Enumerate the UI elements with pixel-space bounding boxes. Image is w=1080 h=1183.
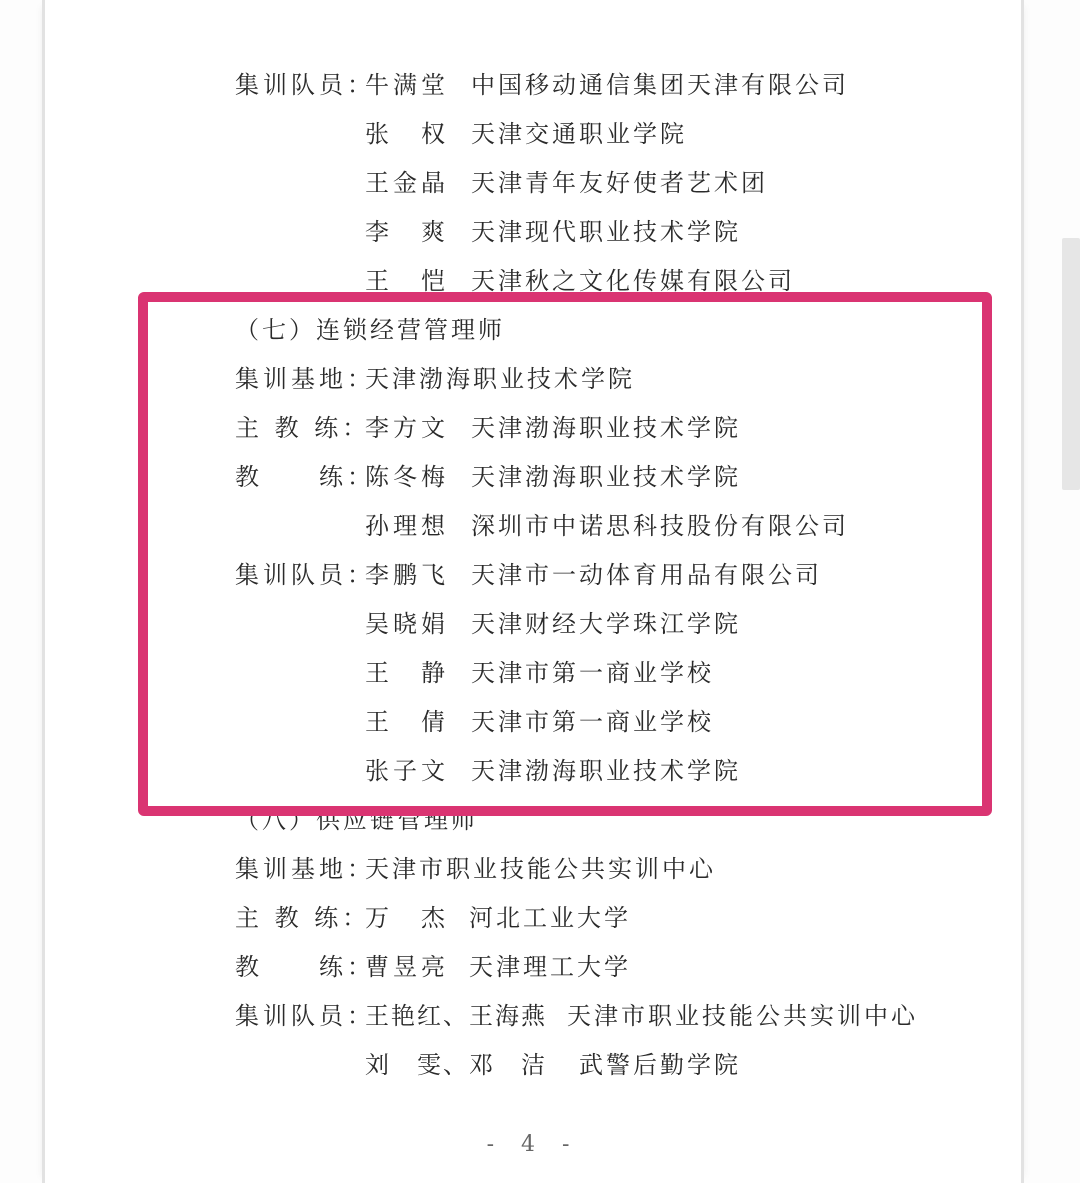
document-page: 集训队员： 牛满堂 中国移动通信集团天津有限公司 张 权 天津交通职业学院 王金… xyxy=(42,0,1024,1183)
coach-org: 深圳市中诺思科技股份有限公司 xyxy=(471,509,849,543)
member-org: 天津现代职业技术学院 xyxy=(471,215,741,249)
member-org: 天津市第一商业学校 xyxy=(471,705,714,739)
members-label: 集训队员： xyxy=(235,999,375,1033)
member-name: 张 权 xyxy=(365,117,449,151)
member-org: 天津青年友好使者艺术团 xyxy=(471,166,768,200)
coach-label: 教 练： xyxy=(235,950,375,984)
member-org: 天津秋之文化传媒有限公司 xyxy=(471,264,795,298)
base-label: 集训基地： xyxy=(235,362,375,396)
coach-name: 孙理想 xyxy=(365,509,449,543)
member-name: 刘 雯、邓 洁 xyxy=(365,1048,547,1082)
member-org: 天津财经大学珠江学院 xyxy=(471,607,741,641)
coach-name: 曹昱亮 xyxy=(365,950,449,984)
page-number: - 4 - xyxy=(45,1132,1021,1157)
head-coach-label: 主 教 练： xyxy=(235,411,370,445)
coach-name: 陈冬梅 xyxy=(365,460,449,494)
member-org: 武警后勤学院 xyxy=(579,1048,741,1082)
document-viewer: 集训队员： 牛满堂 中国移动通信集团天津有限公司 张 权 天津交通职业学院 王金… xyxy=(0,0,1080,1183)
base-label: 集训基地： xyxy=(235,852,375,886)
member-org: 天津渤海职业技术学院 xyxy=(471,754,741,788)
base-value: 天津市职业技能公共实训中心 xyxy=(365,852,716,886)
coach-org: 天津理工大学 xyxy=(469,950,631,984)
coach-label: 教 练： xyxy=(235,460,375,494)
member-name: 张子文 xyxy=(365,754,449,788)
member-org: 天津市职业技能公共实训中心 xyxy=(567,999,918,1033)
coach-org: 天津渤海职业技术学院 xyxy=(471,460,741,494)
members-label: 集训队员： xyxy=(235,68,375,102)
head-coach-name: 李方文 xyxy=(365,411,449,445)
member-name: 李 爽 xyxy=(365,215,449,249)
member-name: 吴晓娟 xyxy=(365,607,449,641)
member-name: 牛满堂 xyxy=(365,68,449,102)
member-name: 李鹏飞 xyxy=(365,558,449,592)
head-coach-org: 河北工业大学 xyxy=(469,901,631,935)
section-7-heading: （七）连锁经营管理师 xyxy=(235,313,505,347)
head-coach-name: 万 杰 xyxy=(365,901,449,935)
head-coach-label: 主 教 练： xyxy=(235,901,370,935)
member-name: 王艳红、王海燕 xyxy=(365,999,547,1033)
scrollbar-thumb[interactable] xyxy=(1062,238,1080,490)
head-coach-org: 天津渤海职业技术学院 xyxy=(471,411,741,445)
base-value: 天津渤海职业技术学院 xyxy=(365,362,635,396)
members-label: 集训队员： xyxy=(235,558,375,592)
member-org: 天津市第一商业学校 xyxy=(471,656,714,690)
member-name: 王金晶 xyxy=(365,166,449,200)
member-org: 天津交通职业学院 xyxy=(471,117,687,151)
member-org: 中国移动通信集团天津有限公司 xyxy=(471,68,849,102)
member-org: 天津市一动体育用品有限公司 xyxy=(471,558,822,592)
member-name: 王 恺 xyxy=(365,264,449,298)
section-8-heading: （八）供应链管理师 xyxy=(235,803,478,837)
member-name: 王 倩 xyxy=(365,705,449,739)
member-name: 王 静 xyxy=(365,656,449,690)
